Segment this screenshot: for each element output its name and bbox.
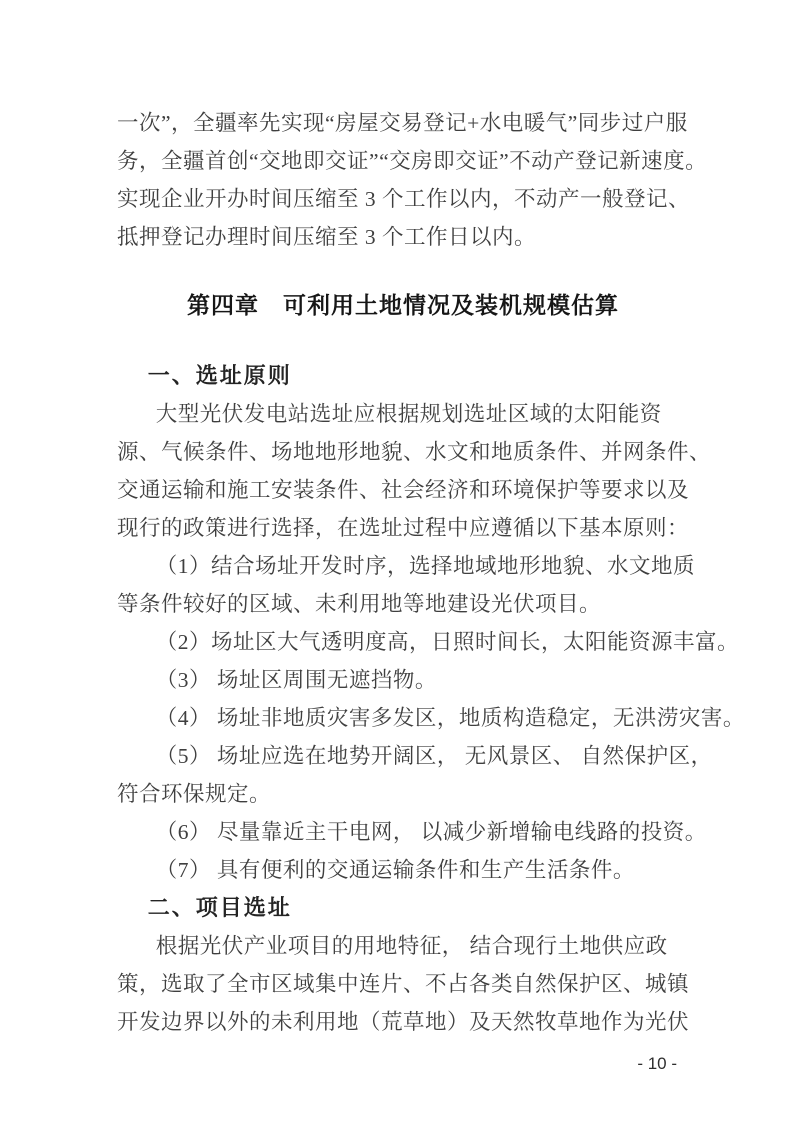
text-line: （6） 尽量靠近主干电网， 以减少新增输电线路的投资。 [117,813,689,851]
paragraph: 根据光伏产业项目的用地特征， 结合现行土地供应政策，选取了全市区域集中连片、不占… [117,927,689,1041]
paragraph: （4） 场址非地质灾害多发区，地质构造稳定，无洪涝灾害。 [117,699,689,737]
text-line: 抵押登记办理时间压缩至 3 个工作日以内。 [117,218,689,256]
text-line: 源、气候条件、场地地形地貌、水文和地质条件、并网条件、 [117,433,689,471]
paragraph: （1）结合场址开发时序，选择地域地形地貌、水文地质等条件较好的区域、未利用地等地… [117,547,689,623]
text-line: （3） 场址区周围无遮挡物。 [117,661,689,699]
paragraph: （3） 场址区周围无遮挡物。 [117,661,689,699]
text-line: 实现企业开办时间压缩至 3 个工作以内，不动产一般登记、 [117,180,689,218]
text-line: 根据光伏产业项目的用地特征， 结合现行土地供应政 [117,927,689,965]
document-page: 一次”，全疆率先实现“房屋交易登记+水电暖气”同步过户服务，全疆首创“交地即交证… [0,0,800,1131]
text-line: 等条件较好的区域、未利用地等地建设光伏项目。 [117,585,689,623]
paragraph: 大型光伏发电站选址应根据规划选址区域的太阳能资源、气候条件、场地地形地貌、水文和… [117,395,689,547]
page-number: - 10 - [637,1052,677,1076]
text-line: （5） 场址应选在地势开阔区， 无风景区、 自然保护区， [117,737,689,775]
text-line: 现行的政策进行选择，在选址过程中应遵循以下基本原则： [117,509,689,547]
section-heading: 二、项目选址 [117,889,689,927]
chapter-heading: 第四章 可利用土地情况及装机规模估算 [117,289,689,321]
paragraph: （5） 场址应选在地势开阔区， 无风景区、 自然保护区，符合环保规定。 [117,737,689,813]
text-line: 策，选取了全市区域集中连片、不占各类自然保护区、城镇 [117,965,689,1003]
paragraph: （2）场址区大气透明度高，日照时间长，太阳能资源丰富。 [117,623,689,661]
paragraph: 一次”，全疆率先实现“房屋交易登记+水电暖气”同步过户服务，全疆首创“交地即交证… [117,104,689,256]
text-line: 大型光伏发电站选址应根据规划选址区域的太阳能资 [117,395,689,433]
text-line: 交通运输和施工安装条件、社会经济和环境保护等要求以及 [117,471,689,509]
text-line: 开发边界以外的未利用地（荒草地）及天然牧草地作为光伏 [117,1003,689,1041]
text-line: （4） 场址非地质灾害多发区，地质构造稳定，无洪涝灾害。 [117,699,689,737]
paragraph: （6） 尽量靠近主干电网， 以减少新增输电线路的投资。 [117,813,689,851]
text-line: （1）结合场址开发时序，选择地域地形地貌、水文地质 [117,547,689,585]
text-line: （7） 具有便利的交通运输条件和生产生活条件。 [117,851,689,889]
document-content: 一次”，全疆率先实现“房屋交易登记+水电暖气”同步过户服务，全疆首创“交地即交证… [117,104,689,1041]
section-heading: 一、选址原则 [117,357,689,395]
paragraph: （7） 具有便利的交通运输条件和生产生活条件。 [117,851,689,889]
text-line: 一次”，全疆率先实现“房屋交易登记+水电暖气”同步过户服 [117,104,689,142]
text-line: 务，全疆首创“交地即交证”“交房即交证”不动产登记新速度。 [117,142,689,180]
text-line: （2）场址区大气透明度高，日照时间长，太阳能资源丰富。 [117,623,689,661]
text-line: 符合环保规定。 [117,775,689,813]
